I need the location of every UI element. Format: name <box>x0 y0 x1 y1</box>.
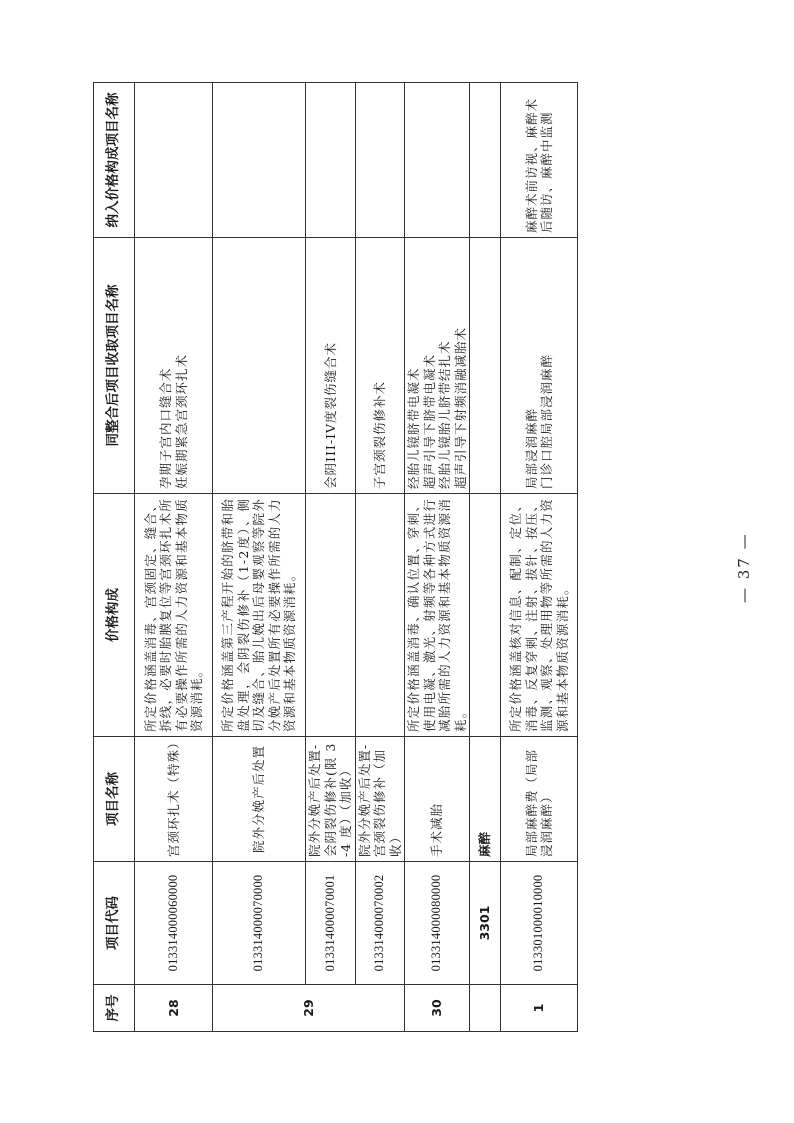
rotated-page: 序号 项目代码 项目名称 价格构成 同整合后项目收取项目名称 纳入价格构成项目名… <box>0 0 794 1123</box>
code-cell: 013314000060000 <box>135 862 213 985</box>
header-name: 项目名称 <box>94 737 135 862</box>
category-row: 3301 麻醉 <box>470 83 501 1032</box>
merged-cell <box>470 238 501 494</box>
header-code: 项目代码 <box>94 862 135 985</box>
included-cell <box>405 83 470 238</box>
included-cell <box>470 83 501 238</box>
composition-cell: 所定价格涵盖消毒、确认位置、穿刺、使用电凝、激光、射频等各种方式进行减胎所需的人… <box>405 494 470 737</box>
composition-cell <box>306 494 356 737</box>
merged-cell: 局部浸润麻醉 门诊口腔局部浸润麻醉 <box>501 238 578 494</box>
category-name: 麻醉 <box>470 737 501 862</box>
table-header-row: 序号 项目代码 项目名称 价格构成 同整合后项目收取项目名称 纳入价格构成项目名… <box>94 83 135 1032</box>
merged-item: 妊娠期紧急宫颈环扎术 <box>174 242 190 489</box>
included-cell <box>306 83 356 238</box>
composition-cell: 所定价格涵盖核对信息、配制、定位、消毒、反复穿刺、注射、拔针、按压、监测、观察、… <box>501 494 578 737</box>
merged-cell: 孕期子宫内口缝合术 妊娠期紧急宫颈环扎术 <box>135 238 213 494</box>
code-cell: 013301000010000 <box>501 862 578 985</box>
included-cell: 麻醉术前访视、麻醉术后随访、麻醉中监测 <box>501 83 578 238</box>
code-cell: 013314000070000 <box>213 862 306 985</box>
table-subrow: 013314000070001 院外分娩产后处置-会阴裂伤修补(限 3-4 度）… <box>306 83 356 1032</box>
seq-cell: 28 <box>135 985 213 1032</box>
included-cell <box>213 83 306 238</box>
merged-item: 超声引导下脐带电凝术 <box>422 242 438 489</box>
header-seq: 序号 <box>94 985 135 1032</box>
composition-cell <box>355 494 405 737</box>
name-cell: 院外分娩产后处置-会阴裂伤修补(限 3-4 度）（加收） <box>306 737 356 862</box>
name-cell: 手术减胎 <box>405 737 470 862</box>
merged-item: 会阴III-IV度裂伤缝合术 <box>323 242 339 489</box>
table-row: 1 013301000010000 局部麻醉费（局部浸润麻醉） 所定价格涵盖核对… <box>501 83 578 1032</box>
name-cell: 宫颈环扎术（特殊） <box>135 737 213 862</box>
merged-item: 经胎儿镜脐带电凝术 <box>406 242 422 489</box>
page-number: — 37 — <box>735 532 753 603</box>
header-merged: 同整合后项目收取项目名称 <box>94 238 135 494</box>
merged-item: 门诊口腔局部浸润麻醉 <box>539 242 555 489</box>
table-row: 29 013314000070000 院外分娩产后处置 所定价格涵盖第三产程开始… <box>213 83 306 1032</box>
seq-cell: 30 <box>405 985 470 1032</box>
merged-cell: 子宫颈裂伤修补术 <box>355 238 405 494</box>
merged-cell: 经胎儿镜脐带电凝术 超声引导下脐带电凝术 经胎儿镜胎儿脐带结扎术 超声引导下射频… <box>405 238 470 494</box>
merged-cell <box>213 238 306 494</box>
seq-cell: 1 <box>501 985 578 1032</box>
merged-item: 经胎儿镜胎儿脐带结扎术 <box>437 242 453 489</box>
name-cell: 院外分娩产后处置-宫颈裂伤修补（加收） <box>355 737 405 862</box>
table-row: 28 013314000060000 宫颈环扎术（特殊） 所定价格涵盖消毒、宫颈… <box>135 83 213 1032</box>
seq-cell <box>470 985 501 1032</box>
merged-item: 子宫颈裂伤修补术 <box>372 242 388 489</box>
name-cell: 院外分娩产后处置 <box>213 737 306 862</box>
header-included: 纳入价格构成项目名称 <box>94 83 135 238</box>
composition-cell <box>470 494 501 737</box>
composition-cell: 所定价格涵盖消毒、宫颈固定、缝合、拆线，必要时胎膜复位等宫颈环扎术所有必要操作所… <box>135 494 213 737</box>
merged-item: 超声引导下射频消融减胎术 <box>453 242 469 489</box>
code-cell: 013314000080000 <box>405 862 470 985</box>
name-cell: 局部麻醉费（局部浸润麻醉） <box>501 737 578 862</box>
category-code: 3301 <box>470 862 501 985</box>
composition-cell: 所定价格涵盖第三产程开始的脐带和胎盘处理，会阴裂伤修补（1-2度）、侧切及缝合、… <box>213 494 306 737</box>
merged-item: 孕期子宫内口缝合术 <box>158 242 174 489</box>
included-cell <box>355 83 405 238</box>
included-cell <box>135 83 213 238</box>
table-row: 30 013314000080000 手术减胎 所定价格涵盖消毒、确认位置、穿刺… <box>405 83 470 1032</box>
table-subrow: 013314000070002 院外分娩产后处置-宫颈裂伤修补（加收） 子宫颈裂… <box>355 83 405 1032</box>
merged-item: 局部浸润麻醉 <box>524 242 540 489</box>
price-items-table: 序号 项目代码 项目名称 价格构成 同整合后项目收取项目名称 纳入价格构成项目名… <box>93 82 578 1032</box>
code-cell: 013314000070002 <box>355 862 405 985</box>
header-composition: 价格构成 <box>94 494 135 737</box>
seq-cell: 29 <box>213 985 405 1032</box>
code-cell: 013314000070001 <box>306 862 356 985</box>
merged-cell: 会阴III-IV度裂伤缝合术 <box>306 238 356 494</box>
